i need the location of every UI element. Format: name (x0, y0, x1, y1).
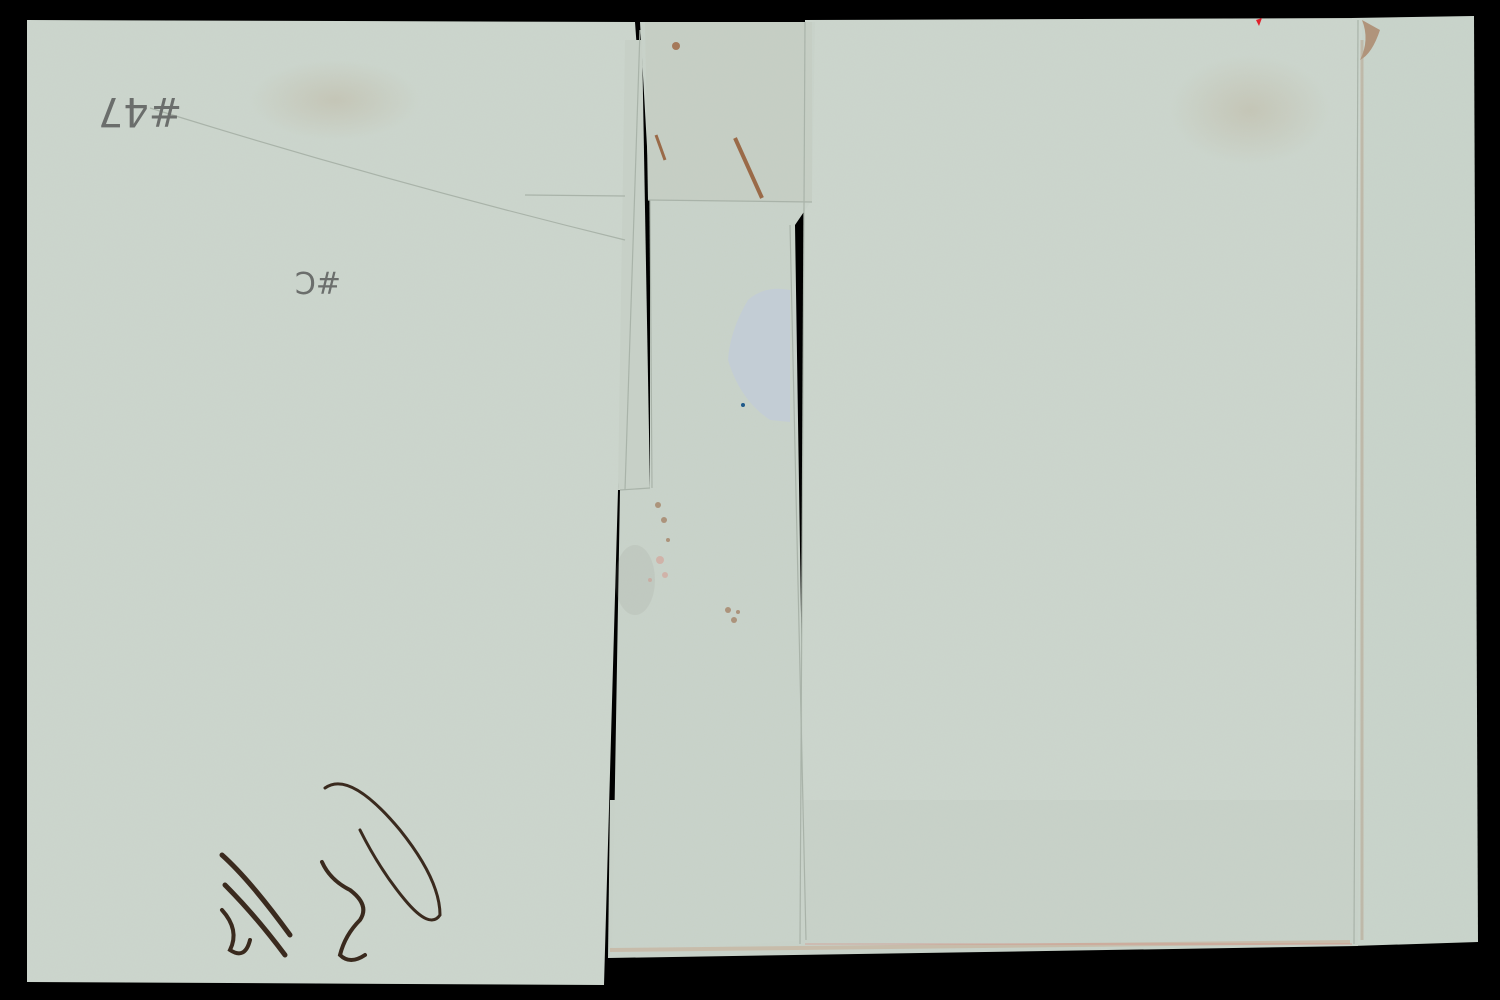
pencil-note-letter: #C (295, 264, 341, 299)
center-top-box (645, 22, 812, 202)
stain-top-left (250, 60, 420, 140)
letter-photo: #47 #C (0, 0, 1500, 1000)
stain-top-right (1170, 55, 1330, 165)
pencil-note-number: #47 (98, 88, 182, 134)
left-flap (27, 20, 642, 985)
right-edge-strip (1352, 16, 1478, 946)
